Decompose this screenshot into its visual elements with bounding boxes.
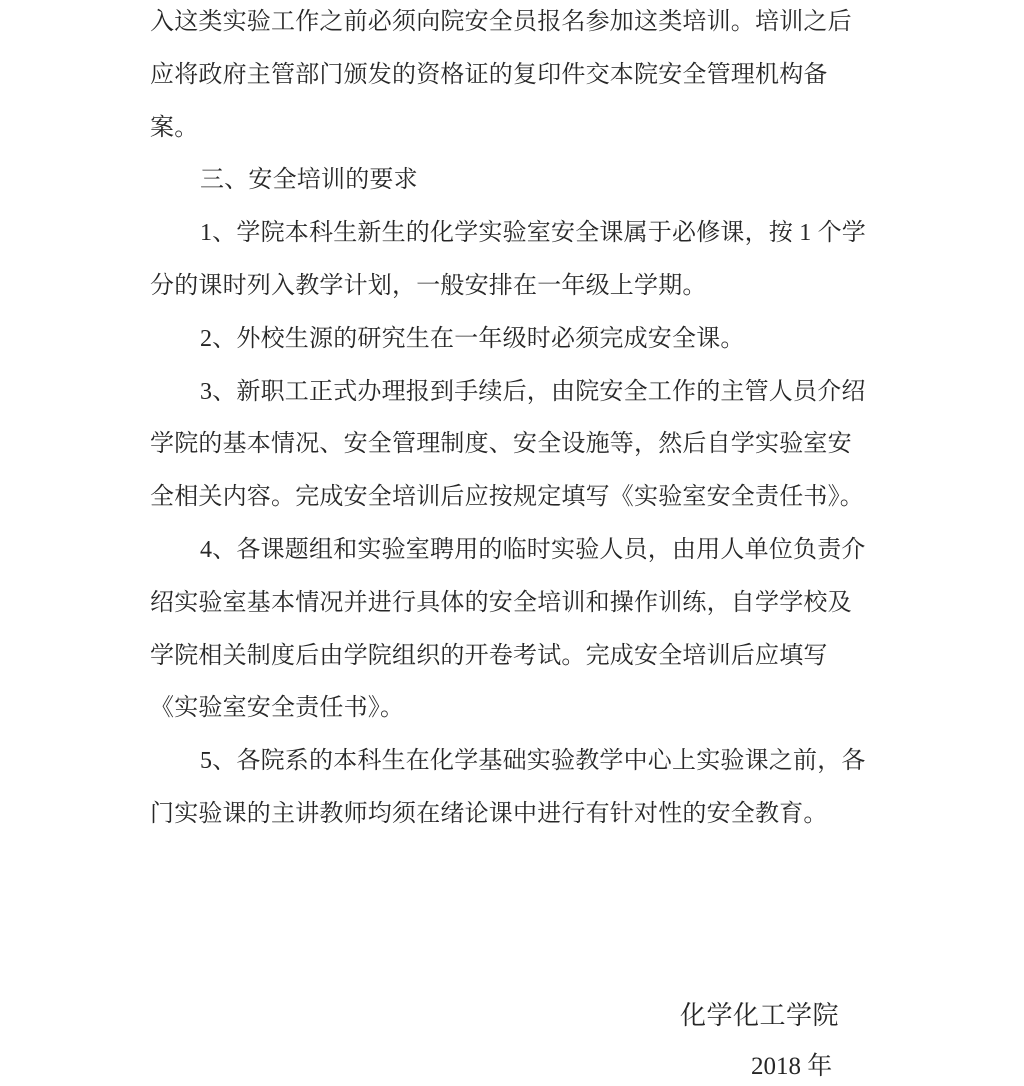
text-line: 入这类实验工作之前必须向院安全员报名参加这类培训。培训之后 — [150, 0, 920, 49]
text-line: 三、安全培训的要求 — [150, 154, 920, 207]
text-line: 5、各院系的本科生在化学基础实验教学中心上实验课之前，各 — [150, 735, 920, 788]
text-line: 全相关内容。完成安全培训后应按规定填写《实验室安全责任书》。 — [150, 471, 920, 524]
text-line: 《实验室安全责任书》。 — [150, 682, 920, 735]
text-line: 3、新职工正式办理报到手续后，由院安全工作的主管人员介绍 — [150, 366, 920, 419]
date-line: 2018 年 — [751, 1051, 832, 1083]
text-line: 绍实验室基本情况并进行具体的安全培训和操作训练，自学学校及 — [150, 577, 920, 630]
document-body: 入这类实验工作之前必须向院安全员报名参加这类培训。培训之后应将政府主管部门颁发的… — [150, 0, 920, 841]
text-line: 应将政府主管部门颁发的资格证的复印件交本院安全管理机构备 — [150, 49, 920, 102]
text-line: 学院的基本情况、安全管理制度、安全设施等，然后自学实验室安 — [150, 418, 920, 471]
document-page: 入这类实验工作之前必须向院安全员报名参加这类培训。培训之后应将政府主管部门颁发的… — [0, 0, 1024, 1086]
text-line: 2、外校生源的研究生在一年级时必须完成安全课。 — [150, 313, 920, 366]
text-line: 门实验课的主讲教师均须在绪论课中进行有针对性的安全教育。 — [150, 788, 920, 841]
text-line: 案。 — [150, 102, 920, 155]
signature-line: 化学化工学院 — [680, 1000, 839, 1032]
text-line: 分的课时列入教学计划，一般安排在一年级上学期。 — [150, 260, 920, 313]
text-line: 学院相关制度后由学院组织的开卷考试。完成安全培训后应填写 — [150, 630, 920, 683]
text-line: 4、各课题组和实验室聘用的临时实验人员，由用人单位负责介 — [150, 524, 920, 577]
text-line: 1、学院本科生新生的化学实验室安全课属于必修课，按 1 个学 — [150, 207, 920, 260]
